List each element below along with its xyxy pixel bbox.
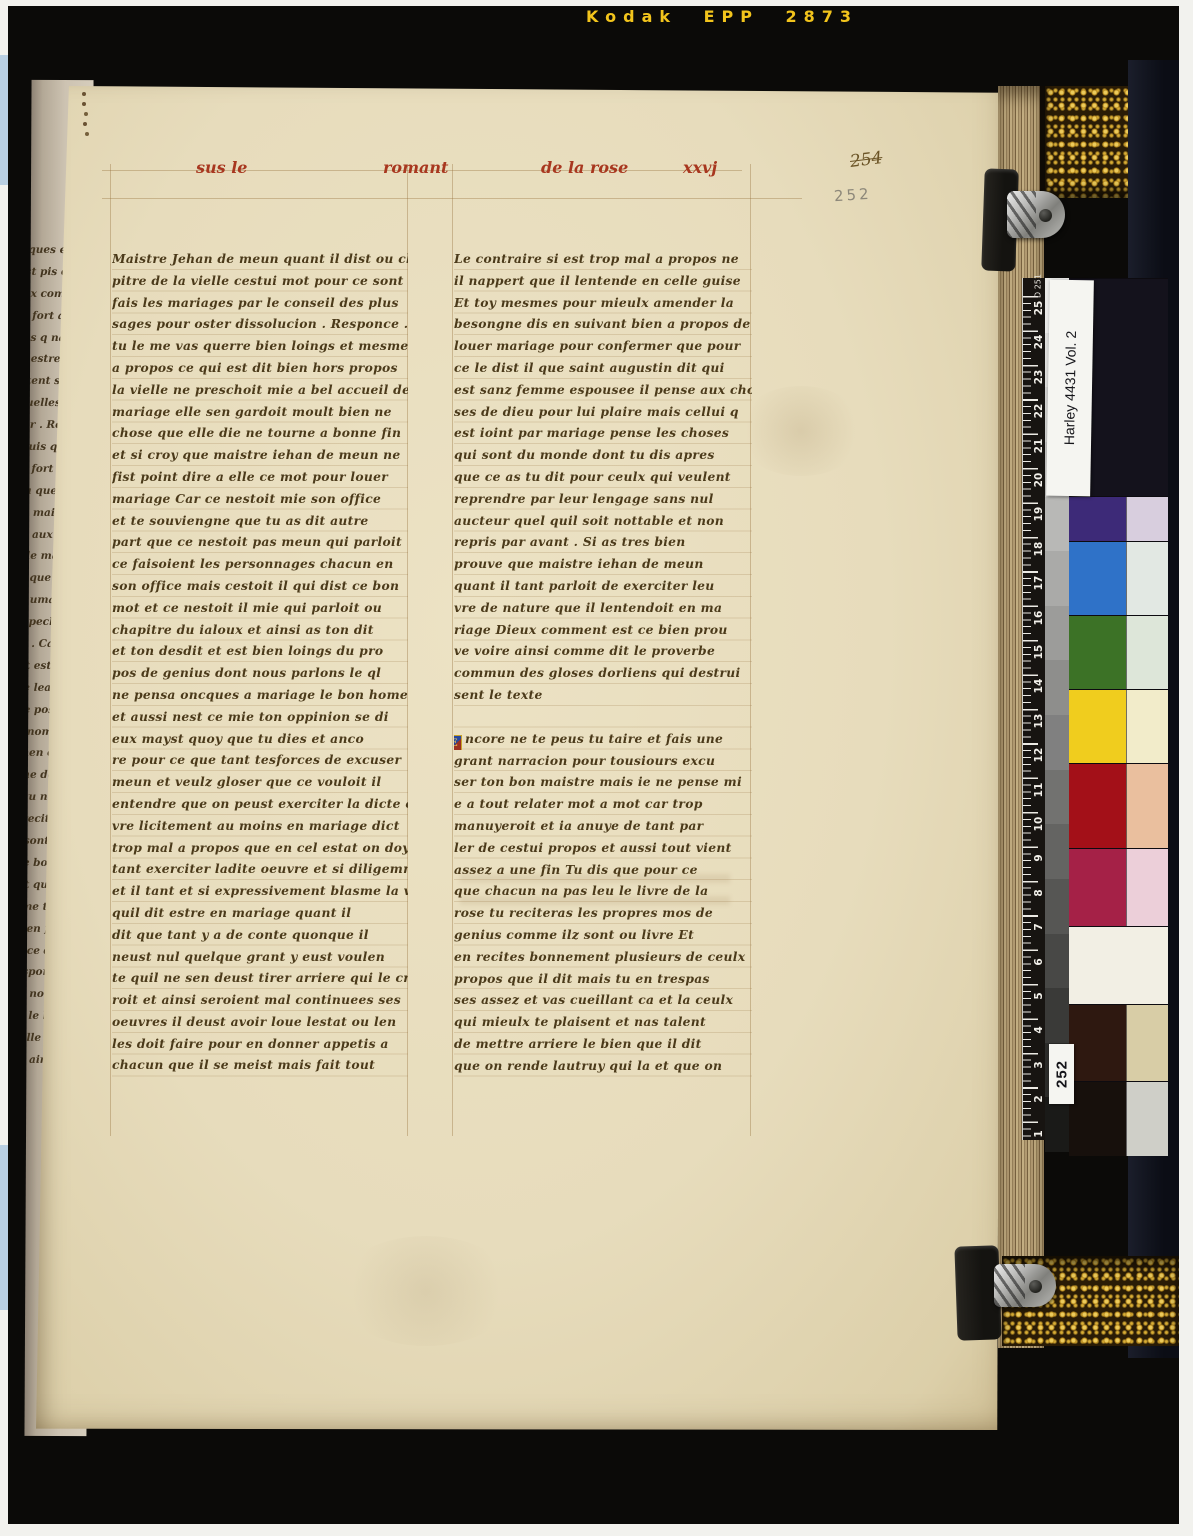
binder-clip-top <box>975 165 1075 275</box>
grayscale-step <box>1045 988 1069 1043</box>
manuscript-line: commun des gloses dorliens qui destrui <box>454 662 752 684</box>
manuscript-line: qui sont du monde dont tu dis apres <box>454 444 752 466</box>
ruler-number: 20 <box>1033 473 1045 488</box>
manuscript-line: Et toy mesmes pour mieulx amender la <box>454 292 752 314</box>
ruler-number: 15 <box>1033 645 1045 660</box>
grayscale-step <box>1045 660 1069 715</box>
manuscript-line: vre licitement au moins en mariage dict <box>112 815 408 837</box>
scan-edge-blue <box>0 1145 8 1310</box>
manuscript-line: est ioint par mariage pense les choses <box>454 422 752 444</box>
grayscale-step <box>1045 1097 1069 1152</box>
folio-number-pencil: 252 <box>833 185 872 206</box>
patch-yellow-pale <box>1126 690 1168 763</box>
text-column-2: Le contraire si est trop mal a propos ne… <box>454 248 752 1080</box>
ruler-number: 3 <box>1033 1061 1045 1068</box>
ruler-number: 9 <box>1033 855 1045 862</box>
manuscript-line: chapitre du ialoux et ainsi as ton dit <box>112 619 408 641</box>
ruler-number: 2 <box>1033 1096 1045 1103</box>
grayscale-step <box>1045 934 1069 989</box>
ruler-number: 8 <box>1033 889 1045 896</box>
manuscript-line: ve voire ainsi comme dit le proverbe <box>454 640 752 662</box>
column-ruling-line <box>452 164 453 1136</box>
manuscript-line: quil dit estre en mariage quant il <box>112 902 408 924</box>
manuscript-line: aucteur quel quil soit nottable et non <box>454 510 752 532</box>
manuscript-line: prouve que maistre iehan de meun <box>454 553 752 575</box>
ruler-number: 10 <box>1033 817 1045 832</box>
parchment-stain <box>736 386 866 476</box>
color-patch-row-crimson <box>1069 848 1168 925</box>
patch-green-pale <box>1126 616 1168 689</box>
binder-clip-bottom <box>948 1240 1068 1350</box>
kodak-film-label: Kodak EPP 2873 <box>586 7 858 27</box>
manuscript-line: ler de cestui propos et aussi tout vient <box>454 837 752 859</box>
grayscale-step <box>1045 497 1069 552</box>
grayscale-step <box>1045 715 1069 770</box>
patch-near-black <box>1069 1082 1126 1156</box>
manuscript-line: ce le dist il que saint augustin dit qui <box>454 357 752 379</box>
ruler-number: 17 <box>1033 576 1045 591</box>
grayscale-step <box>1045 551 1069 606</box>
manuscript-line: manuyeroit et ia anuye de tant par <box>454 815 752 837</box>
folio-number-crossed-out: 254 <box>849 148 884 172</box>
patch-blue-pale <box>1126 542 1168 615</box>
ruler-end-label: D 251 <box>1034 274 1043 298</box>
manuscript-line: tant exerciter ladite oeuvre et si dilig… <box>112 858 408 880</box>
ruler-number: 21 <box>1033 438 1045 453</box>
color-patch-row-blue <box>1069 541 1168 615</box>
manuscript-line: quant il tant parloit de exerciter leu <box>454 575 752 597</box>
manuscript-line: reprendre par leur lengage sans nul <box>454 488 752 510</box>
rubric-part-1: sus le <box>196 158 247 177</box>
paragraph-gap <box>454 706 752 728</box>
manuscript-line: les doit faire pour en donner appetis a <box>112 1033 408 1055</box>
patch-yellow <box>1069 690 1126 763</box>
text-column-1: Maistre Jehan de meun quant il dist ou c… <box>112 248 408 1078</box>
manuscript-line: ser ton bon maistre mais ie ne pense mi <box>454 771 752 793</box>
manuscript-line: part que ce nestoit pas meun qui parloit <box>112 531 408 553</box>
ruler-number: 11 <box>1033 782 1045 797</box>
ruler-number: 1 <box>1033 1130 1045 1137</box>
manuscript-line: et si croy que maistre iehan de meun ne <box>112 444 408 466</box>
ruler-number: 22 <box>1033 404 1045 419</box>
manuscript-line: mariage elle sen gardoit moult bien ne <box>112 401 408 423</box>
manuscript-line: oeuvres il deust avoir loue lestat ou le… <box>112 1011 408 1033</box>
clip-head <box>994 1264 1056 1307</box>
manuscript-line: louer mariage pour confermer que pour <box>454 335 752 357</box>
manuscript-line: mot et ce nestoit il mie qui parloit ou <box>112 597 408 619</box>
grayscale-step <box>1045 879 1069 934</box>
manuscript-line: tu le me vas querre bien loings et mesme… <box>112 335 408 357</box>
ruler-number: 24 <box>1033 335 1045 350</box>
clip-head <box>1007 191 1065 238</box>
manuscript-line: ses assez et vas cueillant ca et la ceul… <box>454 989 752 1011</box>
column-ruling-line <box>110 164 111 1136</box>
manuscript-line: de mettre arriere le bien que il dit <box>454 1033 752 1055</box>
patch-brown-pale <box>1126 1005 1168 1081</box>
manuscript-line: grant narracion pour tousiours excu <box>454 750 752 772</box>
color-patch-row-yellow <box>1069 689 1168 763</box>
manuscript-line: a propos ce qui est dit bien hors propos <box>112 357 408 379</box>
manuscript-line: propos que il dit mais tu en trespas <box>454 968 752 990</box>
patch-brown <box>1069 1005 1126 1081</box>
manuscript-line: fais les mariages par le conseil des plu… <box>112 292 408 314</box>
manuscript-line: riage Dieux comment est ce bien prou <box>454 619 752 641</box>
volume-label-text: Harley 4431 Vol. 2 <box>1061 331 1079 446</box>
grayscale-step <box>1045 824 1069 879</box>
manuscript-line: en recites bonnement plusieurs de ceulx <box>454 946 752 968</box>
manuscript-line: pos de genius dont nous parlons le ql <box>112 662 408 684</box>
manuscript-line: chacun que il se meist mais fait tout <box>112 1054 408 1076</box>
patch-near-black-pale <box>1126 1082 1168 1156</box>
folio-label-text: 252 <box>1053 1060 1070 1088</box>
volume-label-sticker: Harley 4431 Vol. 2 <box>1046 280 1094 497</box>
patch-crimson <box>1069 849 1126 925</box>
manuscript-line: et te souviengne que tu as dit autre <box>112 510 408 532</box>
manuscript-page: sus le romant de la rose xxvj 254 252 Ma… <box>36 86 1004 1430</box>
manuscript-line: il nappert que il lentende en celle guis… <box>454 270 752 292</box>
photograph-frame: Kodak EPP 2873 il oncques en cee ce est … <box>0 0 1193 1536</box>
ruler-number: 7 <box>1033 924 1045 931</box>
manuscript-line: que on rende lautruy qui la et que on <box>454 1055 752 1077</box>
color-patch-row-near-black <box>1069 1081 1168 1156</box>
ruler-number: 25 <box>1033 301 1045 316</box>
manuscript-line: son office mais cestoit il qui dist ce b… <box>112 575 408 597</box>
color-patch-row-white <box>1069 926 1168 1004</box>
folio-label-sticker: 252 <box>1049 1044 1074 1104</box>
color-patch-row-dark-red <box>1069 763 1168 848</box>
rubric-part-4: xxvj <box>683 158 717 177</box>
ruler-number: 14 <box>1033 679 1045 694</box>
patch-crimson-pale <box>1126 849 1168 925</box>
ruler-number: 16 <box>1033 610 1045 625</box>
manuscript-line: entendre que on peust exerciter la dicte… <box>112 793 408 815</box>
manuscript-line: ne pensa oncques a mariage le bon home <box>112 684 408 706</box>
manuscript-line: genius comme ilz sont ou livre Et <box>454 924 752 946</box>
parchment-stain <box>336 1236 516 1346</box>
grayscale-step <box>1045 606 1069 661</box>
color-patch-row-purple <box>1069 496 1168 541</box>
manuscript-line: que ce as tu dit pour ceulx qui veulent <box>454 466 752 488</box>
patch-purple <box>1069 497 1126 541</box>
rubric-part-2: romant <box>383 158 448 177</box>
illuminated-initial: E <box>454 735 462 750</box>
manuscript-line: re pour ce que tant tesforces de excuser <box>112 749 408 771</box>
rubric-part-3: de la rose <box>541 158 628 177</box>
manuscript-line: et aussi nest ce mie ton oppinion se di <box>112 706 408 728</box>
manuscript-line: repris par avant . Si as tres bien <box>454 531 752 553</box>
patch-green <box>1069 616 1126 689</box>
manuscript-line: est sanz femme espousee il pense aux cho <box>454 379 752 401</box>
manuscript-line: qui mieulx te plaisent et nas talent <box>454 1011 752 1033</box>
manuscript-line: la vielle ne preschoit mie a bel accueil… <box>112 379 408 401</box>
manuscript-line: eux mayst quoy que tu dies et anco <box>112 728 408 750</box>
manuscript-line: dit que tant y a de conte quonque il <box>112 924 408 946</box>
show-through-text <box>460 874 730 914</box>
grayscale-step <box>1045 770 1069 825</box>
ruler-number: 6 <box>1033 958 1045 965</box>
ruler-number: 5 <box>1033 992 1045 999</box>
manuscript-line: fist point dire a elle ce mot pour louer <box>112 466 408 488</box>
manuscript-line: trop mal a propos que en cel estat on do… <box>112 837 408 859</box>
manuscript-line: Le contraire si est trop mal a propos ne <box>454 248 752 270</box>
manuscript-line: besongne dis en suivant bien a propos de <box>454 313 752 335</box>
manuscript-line: sent le texte <box>454 684 752 706</box>
manuscript-line: te quil ne sen deust tirer arriere qui l… <box>112 967 408 989</box>
manuscript-line: vre de nature que il lentendoit en ma <box>454 597 752 619</box>
ruler-number: 4 <box>1033 1027 1045 1034</box>
manuscript-line: meun et veulz gloser que ce vouloit il <box>112 771 408 793</box>
scan-edge-blue <box>0 55 8 185</box>
ruler-number: 19 <box>1033 507 1045 522</box>
color-calibration-bar: D 251 1234567891011121314151617181920212… <box>1022 278 1168 1164</box>
manuscript-line: neust nul quelque grant y eust voulen <box>112 946 408 968</box>
manuscript-line: e a tout relater mot a mot car trop <box>454 793 752 815</box>
ruler-number: 23 <box>1033 369 1045 384</box>
manuscript-line: pitre de la vielle cestui mot pour ce so… <box>112 270 408 292</box>
manuscript-line: et ton desdit et est bien loings du pro <box>112 640 408 662</box>
manuscript-line: chose que elle die ne tourne a bonne fin <box>112 422 408 444</box>
ruler-strip: D 251 1234567891011121314151617181920212… <box>1022 278 1046 1140</box>
manuscript-line: mariage Car ce nestoit mie son office <box>112 488 408 510</box>
manuscript-line: roit et ainsi seroient mal continuees se… <box>112 989 408 1011</box>
patch-purple-pale <box>1126 497 1168 541</box>
color-patch-row-green <box>1069 615 1168 689</box>
prick-marks <box>82 92 86 96</box>
ruler-number: 18 <box>1033 541 1045 556</box>
manuscript-line: Encore ne te peus tu taire et fais une <box>454 728 752 750</box>
film-rebate: Kodak EPP 2873 il oncques en cee ce est … <box>8 6 1179 1524</box>
manuscript-line: Maistre Jehan de meun quant il dist ou c… <box>112 248 408 270</box>
ruler-number: 12 <box>1033 748 1045 763</box>
color-patch-row-brown <box>1069 1004 1168 1081</box>
manuscript-line: ce faisoient les personnages chacun en <box>112 553 408 575</box>
manuscript-line: sages pour oster dissolucion . Responce … <box>112 313 408 335</box>
ruler-number: 13 <box>1033 713 1045 728</box>
manuscript-line: et il tant et si expressivement blasme l… <box>112 880 408 902</box>
patch-dark-red-pale <box>1126 764 1168 848</box>
manuscript-line: ses de dieu pour lui plaire mais cellui … <box>454 401 752 423</box>
patch-dark-red <box>1069 764 1126 848</box>
patch-blue <box>1069 542 1126 615</box>
